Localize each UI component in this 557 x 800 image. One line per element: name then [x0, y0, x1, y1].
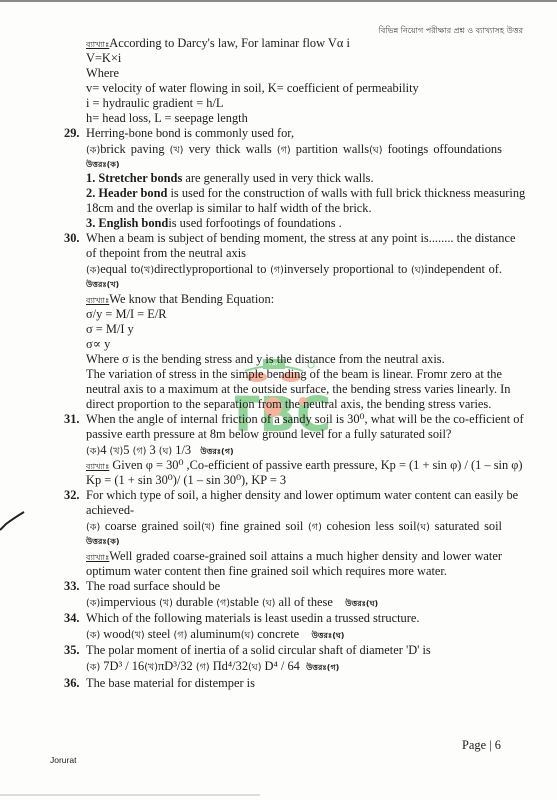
text-line: The variation of stress in the simple be…	[86, 367, 502, 382]
question-number: 33.	[64, 579, 80, 594]
text-line: neutral axis to a maximum at the outside…	[86, 382, 502, 397]
question-number: 34.	[64, 611, 80, 626]
question-text: When the angle of internal friction of a…	[86, 412, 502, 427]
text-line: v= velocity of water flowing in soil, K=…	[86, 81, 502, 96]
pen-tick-mark	[0, 510, 26, 532]
text-line: Where	[86, 66, 502, 81]
question-options: (ক) wood(খ) steel (গ) aluminum(ঘ) concre…	[86, 627, 502, 643]
text-line: h= head loss, L = seepage length	[86, 111, 502, 126]
scan-bottom-edge	[0, 794, 260, 796]
question-text: Herring-bone bond is commonly used for,	[86, 126, 502, 141]
answer-line: উত্তরঃ(ক)	[86, 156, 502, 172]
question-text: For which type of soil, a higher density…	[86, 488, 502, 503]
formula-line: σ/y = M/I = E/R	[86, 307, 502, 322]
question-text: of thepoint from the neutral axis	[86, 246, 502, 261]
explanation-line: ব্যাখ্যাঃWell graded coarse-grained soil…	[86, 549, 502, 565]
question-number: 35.	[64, 643, 80, 658]
note-line: 18cm and the overlap is similar to half …	[86, 201, 502, 216]
page-number: Page | 6	[462, 738, 501, 753]
explanation-line: ব্যাখ্যাঃWe know that Bending Equation:	[86, 292, 502, 308]
formula-line: Kp = (1 + sin 30⁰)/ (1 – sin 30⁰), KP = …	[86, 473, 502, 488]
explanation-line: ব্যাখ্যাঃ Given φ = 30⁰ ,Co-efficient of…	[86, 458, 502, 474]
question-options: (ক) 7D³ / 16(খ)πD³/32 (গ) Πd⁴/32(ঘ) D⁴ /…	[86, 659, 502, 675]
darcy-explanation: ব্যাখ্যাঃAccording to Darcy's law, For l…	[86, 36, 502, 52]
answer-line: উত্তরঃ(ক)	[86, 533, 502, 549]
question-text: The base material for distemper is	[86, 676, 502, 691]
formula-line: σ = M/I y	[86, 322, 502, 337]
question-number: 30.	[64, 231, 80, 246]
text-line: optimum water content then fine grained …	[86, 564, 502, 579]
text-line: i = hydraulic gradient = h/L	[86, 96, 502, 111]
question-number: 32.	[64, 488, 80, 503]
question-text: When a beam is subject of bending moment…	[86, 231, 502, 246]
question-options: (ক)4 (খ)5 (গ) 3 (ঘ) 1/3 উত্তরঃ(গ)	[86, 443, 502, 459]
question-options: (ক)impervious (খ) durable (গ)stable (ঘ) …	[86, 595, 502, 611]
question-text: Which of the following materials is leas…	[86, 611, 502, 626]
question-number: 29.	[64, 126, 80, 141]
text-line: direct proportion to the separation from…	[86, 397, 502, 412]
question-text: achieved-	[86, 503, 502, 518]
formula-line: σ∝ y	[86, 337, 502, 352]
question-number: 36.	[64, 676, 80, 691]
question-text: The road surface should be	[86, 579, 502, 594]
note-line: 3. English bondis used forfootings of fo…	[86, 216, 502, 231]
footer-author: Jorurat	[50, 755, 76, 765]
answer-line: উত্তরঃ(খ)	[86, 276, 502, 292]
question-text: passive earth pressure at 8m below groun…	[86, 427, 502, 442]
note-line: 2. Header bond is used for the construct…	[86, 186, 502, 201]
question-text: The polar moment of inertia of a solid c…	[86, 643, 502, 658]
question-number: 31.	[64, 412, 80, 427]
note-line: 1. Stretcher bonds are generally used in…	[86, 171, 502, 186]
formula-line: V=K×i	[86, 51, 502, 66]
text-line: Where σ is the bending stress and y is t…	[86, 352, 502, 367]
scan-top-edge	[0, 0, 557, 2]
